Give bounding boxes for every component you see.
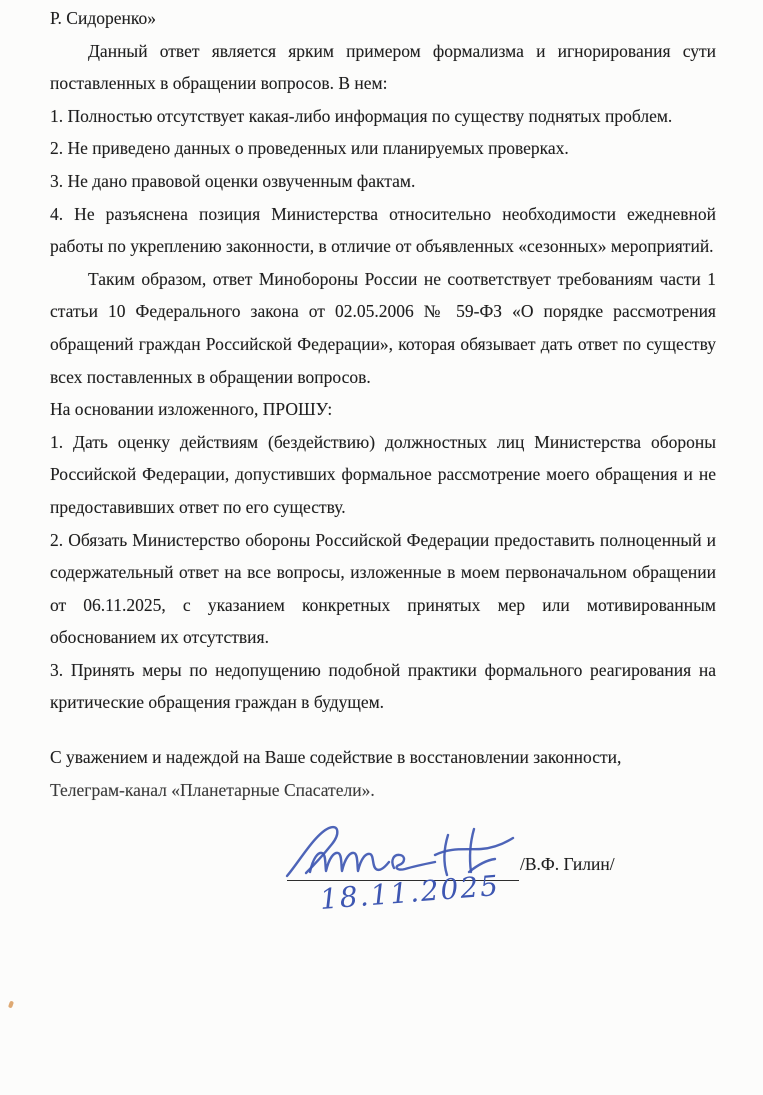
request-item-3-prevent-practice: 3. Принять меры по недопущению подобной … (50, 654, 716, 719)
request-item-1-assess-officials: 1. Дать оценку действиям (бездействию) д… (50, 426, 716, 524)
quote-continuation-line: Р. Сидоренко» (50, 2, 716, 35)
scan-artifact-speck (8, 1001, 14, 1009)
paragraph-law-reference: Таким образом, ответ Минобороны России н… (50, 263, 716, 393)
closing-telegram-channel-line: Телеграм-канал «Планетарные Спасатели». (50, 774, 716, 807)
list-item-3-no-legal-assessment: 3. Не дано правовой оценки озвученным фа… (50, 165, 716, 198)
signature-block: /В.Ф. Гилин/ 18.11.2025 (50, 826, 716, 961)
signatory-name: /В.Ф. Гилин/ (520, 854, 615, 875)
document-page: Р. Сидоренко» Данный ответ является ярки… (0, 0, 763, 1095)
request-item-2-oblige-full-answer: 2. Обязать Министерство обороны Российск… (50, 524, 716, 654)
closing-block: С уважением и надеждой на Ваше содействи… (50, 741, 716, 806)
list-item-1-no-information: 1. Полностью отсутствует какая-либо инфо… (50, 100, 716, 133)
list-item-2-no-inspections: 2. Не приведено данных о проведенных или… (50, 132, 716, 165)
paragraph-formalism-intro: Данный ответ является ярким примером фор… (50, 35, 716, 100)
list-item-4-no-ministry-position: 4. Не разъяснена позиция Министерства от… (50, 198, 716, 263)
paragraph-request-header: На основании изложенного, ПРОШУ: (50, 393, 716, 426)
closing-respect-line: С уважением и надеждой на Ваше содействи… (50, 741, 716, 774)
